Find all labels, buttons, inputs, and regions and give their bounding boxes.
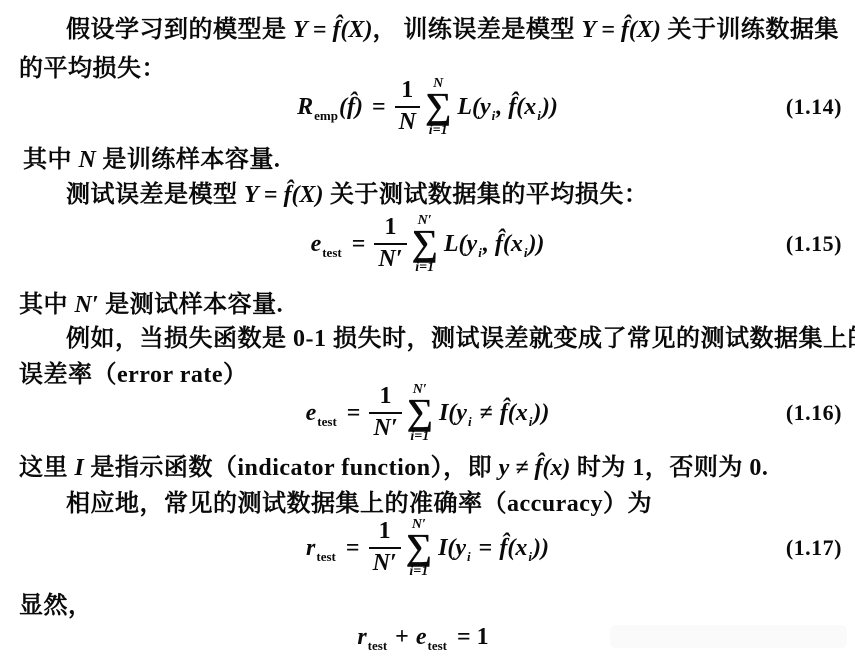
lhs-argument: (f̂) (339, 94, 363, 121)
loss-term-close: )) (528, 231, 544, 258)
lhs-symbol: e (306, 400, 317, 427)
indicator-term-close: )) (533, 400, 549, 427)
indicator-term-open: I(y (438, 535, 466, 562)
text-segment: 测试误差是模型 (66, 182, 244, 208)
text-segment: 其中 (23, 147, 79, 173)
fraction-denominator: N′ (369, 549, 401, 578)
text-segment: 假设学习到的模型是 (66, 17, 293, 43)
text-segment: 显然， (19, 593, 93, 619)
text-segment: 时为 1，否则为 0. (570, 455, 768, 481)
equation-1-14: Remp(f̂) = 1N N∑i=1 L(yi,f̂(xi)) (1.14) (0, 75, 855, 139)
sum-lower-limit: i=1 (429, 123, 448, 138)
fraction-numerator: 1 (369, 518, 401, 549)
paragraph-3-line-1: 其中 N′ 是测试样本容量. (19, 289, 283, 321)
paragraph-1-line-1: 假设学习到的模型是 Y = f̂(X)， 训练误差是模型 Y = f̂(X) 关… (66, 14, 839, 46)
text-segment: 是测试样本容量. (99, 292, 284, 318)
equals-sign: = (352, 231, 366, 258)
lhs-subscript: test (322, 245, 342, 261)
fraction-numerator: 1 (369, 383, 401, 414)
formula-body: rtest = 1N′ N′∑i=1 I(yi=f̂(xi)) (306, 517, 549, 579)
equation-number: (1.16) (786, 400, 842, 426)
fraction: 1N′ (374, 214, 406, 273)
index-subscript: i (529, 414, 533, 430)
equation-number: (1.14) (786, 94, 842, 120)
fraction: 1N (395, 77, 420, 136)
sigma-symbol: ∑ (406, 532, 432, 563)
inline-math-I: I (75, 455, 84, 481)
inline-math-N: N (79, 147, 96, 173)
inline-math-model: Y = f̂(X) (244, 182, 323, 208)
loss-term-open: L(y (457, 94, 490, 121)
paragraph-2-line-2: 测试误差是模型 Y = f̂(X) 关于测试数据集的平均损失： (66, 179, 648, 211)
fraction-numerator: 1 (374, 214, 406, 245)
lhs-subscript: emp (314, 108, 338, 124)
lhs-symbol: r (306, 535, 315, 562)
text-segment: 是指示函数（indicator function），即 (84, 455, 499, 481)
sigma-symbol: ∑ (412, 228, 438, 259)
sum-lower-limit: i=1 (410, 429, 429, 444)
e-test-symbol: e (416, 624, 427, 651)
fraction: 1N′ (369, 518, 401, 577)
inline-math-model: Y = f̂(X) (293, 17, 372, 43)
sum-lower-limit: i=1 (415, 260, 434, 275)
plus-sign: + (395, 624, 409, 651)
index-subscript: i (537, 108, 541, 124)
lhs-symbol: R (297, 94, 313, 121)
sigma-symbol: ∑ (407, 397, 433, 428)
paragraph-2-line-1: 其中 N 是训练样本容量. (23, 144, 280, 176)
separator: , (483, 231, 489, 258)
text-segment: 关于测试数据集的平均损失： (323, 182, 648, 208)
text-segment: 例如，当损失函数是 0-1 损失时，测试误差就变成了常见的测试数据集上的 (66, 326, 855, 352)
loss-term-open: L(y (444, 231, 477, 258)
e-test-subscript: test (428, 638, 448, 654)
text-segment: 这里 (19, 455, 75, 481)
formula-body: rtest + etest = 1 (357, 624, 497, 651)
fraction-numerator: 1 (395, 77, 420, 108)
index-subscript: i (528, 549, 532, 565)
equals-sign: = (372, 94, 386, 121)
formula-body: etest = 1N′ N′∑i=1 L(yi,f̂(xi)) (311, 213, 545, 275)
lhs-subscript: test (317, 414, 337, 430)
index-subscript: i (468, 414, 472, 430)
fhat-term: f̂(x (508, 94, 536, 121)
text-segment: ， 训练误差是模型 (372, 17, 581, 43)
equation-1-17: rtest = 1N′ N′∑i=1 I(yi=f̂(xi)) (1.17) (0, 516, 855, 580)
formula-body: etest = 1N′ N′∑i=1 I(yi≠f̂(xi)) (306, 382, 550, 444)
summation: N′∑i=1 (407, 382, 433, 444)
formula-body: Remp(f̂) = 1N N∑i=1 L(yi,f̂(xi)) (297, 76, 558, 138)
index-subscript: i (478, 245, 482, 261)
fhat-term: f̂(x (499, 535, 527, 562)
inline-math-condition: y ≠ f̂(x) (499, 455, 571, 481)
fraction-denominator: N′ (369, 414, 401, 443)
lhs-symbol: e (311, 231, 322, 258)
indicator-term-close: )) (533, 535, 549, 562)
equation-1-16: etest = 1N′ N′∑i=1 I(yi≠f̂(xi)) (1.16) (0, 381, 855, 445)
textbook-page: 假设学习到的模型是 Y = f̂(X)， 训练误差是模型 Y = f̂(X) 关… (0, 0, 855, 656)
summation: N′∑i=1 (406, 517, 432, 579)
text-segment: 相应地，常见的测试数据集上的准确率（accuracy）为 (66, 491, 652, 517)
lhs-subscript: test (316, 549, 336, 565)
fhat-term: f̂(x (500, 400, 528, 427)
r-test-symbol: r (357, 624, 366, 651)
fraction: 1N′ (369, 383, 401, 442)
r-test-subscript: test (368, 638, 388, 654)
sum-lower-limit: i=1 (409, 564, 428, 579)
equation-number: (1.17) (786, 535, 842, 561)
sigma-symbol: ∑ (425, 91, 451, 122)
fraction-denominator: N (395, 108, 420, 137)
equals-one: = 1 (457, 624, 489, 651)
equation-1-15: etest = 1N′ N′∑i=1 L(yi,f̂(xi)) (1.15) (0, 211, 855, 277)
inline-math-N-prime: N′ (75, 292, 99, 318)
equals-sign: = (347, 400, 361, 427)
separator: , (496, 94, 502, 121)
equals-sign: = (346, 535, 360, 562)
summation: N′∑i=1 (412, 213, 438, 275)
equation-number: (1.15) (786, 231, 842, 257)
text-segment: 是训练样本容量. (96, 147, 281, 173)
index-subscript: i (467, 549, 471, 565)
summation: N∑i=1 (425, 76, 451, 138)
text-segment: 关于训练数据集 (661, 17, 839, 43)
not-equal-sign: ≠ (480, 400, 493, 427)
indicator-term-open: I(y (439, 400, 467, 427)
text-segment: 其中 (19, 292, 75, 318)
scan-artifact-box (610, 625, 847, 648)
loss-term-close: )) (542, 94, 558, 121)
fhat-term: f̂(x (495, 231, 523, 258)
equal-sign: = (479, 535, 493, 562)
index-subscript: i (492, 108, 496, 124)
paragraph-3-line-2: 例如，当损失函数是 0-1 损失时，测试误差就变成了常见的测试数据集上的 (66, 323, 855, 355)
inline-math-model: Y = f̂(X) (581, 17, 660, 43)
paragraph-4-line-1: 这里 I 是指示函数（indicator function），即 y ≠ f̂(… (19, 452, 768, 484)
fraction-denominator: N′ (374, 245, 406, 274)
index-subscript: i (524, 245, 528, 261)
